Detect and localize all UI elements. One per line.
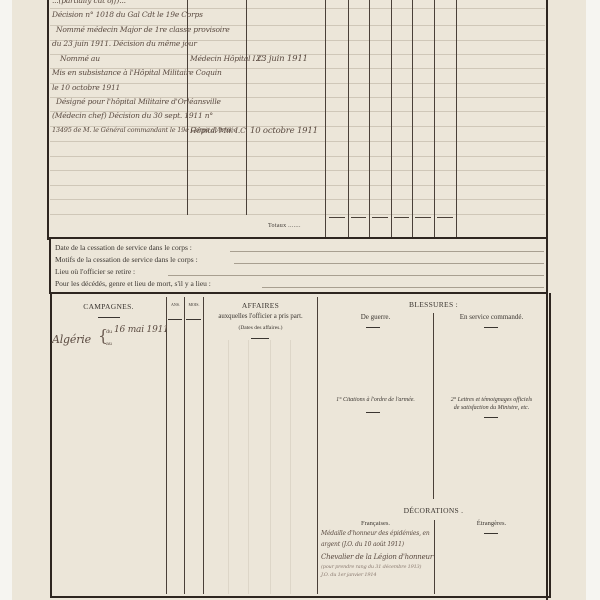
header-underline	[98, 317, 120, 318]
service-date: 10 octobre 1911	[250, 126, 318, 136]
header-underline	[186, 319, 201, 320]
header-underline	[366, 327, 380, 328]
column-divider	[369, 0, 370, 237]
total-dash	[372, 217, 388, 218]
campaign-place: Algérie	[52, 333, 91, 346]
service-unit: Hôpital Mil. I.C.	[190, 126, 248, 135]
decoration-entry: (pour prendre rang du 31 décembre 1913)	[321, 564, 421, 570]
total-dash	[394, 217, 409, 218]
service-entry: (Médecin chef) Décision du 30 sept. 1911…	[52, 111, 213, 120]
service-entry: Nommé au	[60, 54, 100, 63]
cessation-motifs-field[interactable]	[234, 263, 544, 264]
campaign-to-prefix: au	[106, 341, 112, 347]
total-dash	[437, 217, 453, 218]
campaign-from-date: 16 mai 1911	[114, 325, 169, 335]
decorations-divider	[434, 520, 435, 594]
affaires-note: (Dates des affaires.)	[204, 325, 317, 331]
ruled-line	[50, 185, 545, 186]
service-unit: Médecin Hôpital I.C.	[190, 54, 265, 63]
column-divider	[348, 0, 349, 237]
header-underline	[484, 533, 498, 534]
decoration-entry: Médaille d'honneur des épidémies, en	[321, 530, 430, 537]
service-entry: ...(partially cut off)...	[52, 0, 126, 5]
faint-rule	[290, 340, 291, 594]
section-divider	[49, 237, 547, 239]
service-entry: Décision n° 1018 du Gal Cdt le 19e Corps	[52, 10, 203, 19]
total-dash	[415, 217, 431, 218]
decorations-title: DÉCORATIONS .	[318, 506, 549, 515]
service-entry: le 10 octobre 1911	[52, 83, 120, 92]
column-divider	[203, 297, 204, 594]
total-dash	[329, 217, 345, 218]
column-divider	[317, 297, 318, 594]
column-divider	[412, 0, 413, 237]
ruled-line	[50, 8, 545, 9]
service-entry: du 23 juin 1911. Décision du même jour	[52, 39, 197, 48]
decoration-entry: J.O. du 1er janvier 1914	[321, 572, 376, 578]
service-entry: Désigné pour l'hôpital Militaire d'Orléa…	[56, 97, 221, 106]
column-divider	[184, 297, 185, 594]
campaign-from-prefix: du	[106, 329, 112, 335]
header-underline	[484, 417, 498, 418]
box-bottom-border	[50, 596, 551, 598]
column-divider	[434, 0, 435, 237]
column-divider	[325, 0, 326, 237]
section-divider	[49, 292, 547, 294]
header-underline	[251, 338, 269, 339]
total-dash	[351, 217, 366, 218]
lettres-label-line1: 2° Lettres et témoignages officiels	[434, 397, 549, 403]
ruled-line	[50, 199, 545, 200]
retirement-place-field[interactable]	[168, 275, 544, 276]
decoration-entry: Chevalier de la Légion d'honneur	[321, 553, 433, 561]
affaires-subtitle: auxquelles l'officier a pris part.	[204, 313, 317, 320]
faint-rule	[270, 340, 271, 594]
ruled-line	[50, 214, 545, 215]
ans-header: ANS.	[167, 302, 184, 307]
etrangeres-label: Étrangères.	[434, 520, 549, 527]
header-underline	[168, 319, 182, 320]
cessation-motifs-label: Motifs de la cessation de service dans l…	[55, 255, 198, 264]
service-entry: Mis en subsistance à l'Hôpital Militaire…	[52, 68, 222, 77]
death-info-field[interactable]	[262, 287, 544, 288]
francaises-label: Françaises.	[318, 520, 433, 527]
ruled-line	[50, 83, 545, 84]
en-service-label: En service commandé.	[434, 313, 549, 321]
header-underline	[484, 327, 498, 328]
section-left-border	[49, 238, 51, 294]
lettres-label-line2: de satisfaction du Ministre, etc.	[434, 405, 549, 411]
column-divider	[456, 0, 457, 237]
affaires-title: AFFAIRES	[204, 301, 317, 310]
ruled-line	[50, 156, 545, 157]
totals-label: Totaux .......	[268, 223, 301, 229]
column-divider	[246, 0, 247, 215]
decoration-entry: argent (J.O. du 10 août 1911)	[321, 541, 404, 548]
blessures-title: BLESSURES :	[318, 300, 549, 309]
box-right-border	[549, 293, 551, 597]
column-divider	[391, 0, 392, 237]
cessation-date-label: Date de la cessation de service dans le …	[55, 243, 192, 252]
service-date: 23 juin 1911	[256, 54, 308, 64]
faint-rule	[248, 340, 249, 594]
citations-label: 1° Citations à l'ordre de l'armée.	[318, 397, 433, 403]
mois-header: MOIS.	[185, 302, 203, 307]
ruled-line	[50, 141, 545, 142]
ruled-line	[50, 170, 545, 171]
campagnes-header: CAMPAGNES.	[51, 302, 166, 311]
retirement-place-label: Lieu où l'officier se retire :	[55, 267, 135, 276]
faint-rule	[228, 340, 229, 594]
header-underline	[366, 412, 380, 413]
de-guerre-label: De guerre.	[318, 313, 433, 321]
death-info-label: Pour les décédés, genre et lieu de mort,…	[55, 279, 211, 288]
column-divider	[166, 297, 167, 594]
service-entry: Nommé médecin Major de 1re classe provis…	[56, 25, 230, 34]
table-left-border	[47, 0, 49, 240]
cessation-date-field[interactable]	[230, 251, 544, 252]
